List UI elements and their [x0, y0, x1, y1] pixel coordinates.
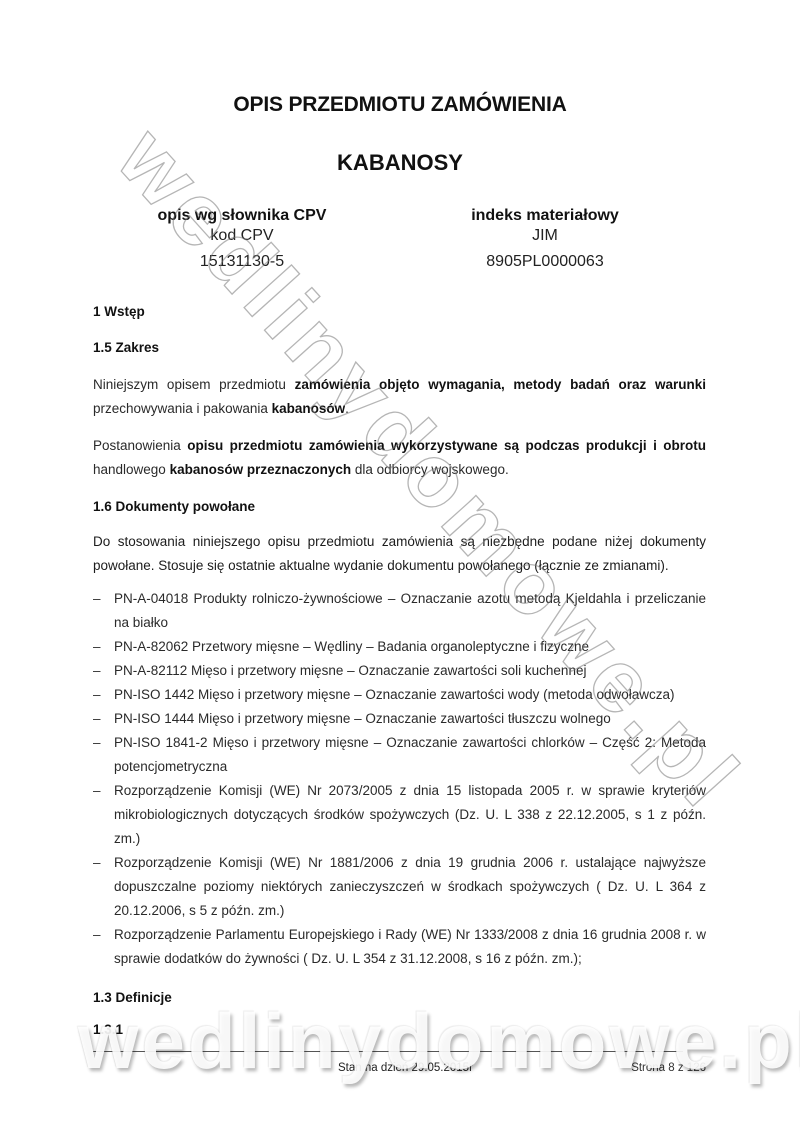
list-item-text: Rozporządzenie Parlamentu Europejskiego … — [114, 927, 706, 966]
list-item-text: PN-ISO 1841-2 Mięso i przetwory mięsne –… — [114, 735, 706, 774]
text-run-bold: kabanosów — [272, 401, 346, 416]
footer-status-date: Stan na dzień 29.05.2015r — [338, 1062, 473, 1074]
document-title: OPIS PRZEDMIOTU ZAMÓWIENIA — [0, 93, 800, 117]
section-heading-1-3: 1.3 Definicje — [93, 986, 706, 1010]
material-index-block: indeks materiałowy JIM 8905PL0000063 — [395, 206, 695, 272]
footer-divider — [93, 1051, 683, 1052]
dash-bullet: – — [93, 587, 101, 611]
text-run-bold: zamówienia objęto wymagania, metody bada… — [295, 377, 706, 392]
text-run: Niniejszym opisem przedmiotu — [93, 377, 295, 392]
referenced-documents-list: –PN-A-04018 Produkty rolniczo-żywnościow… — [93, 587, 706, 971]
list-item: –Rozporządzenie Parlamentu Europejskiego… — [93, 923, 706, 971]
material-index-sublabel: JIM — [395, 226, 695, 246]
section-heading-1-6: 1.6 Dokumenty powołane — [93, 495, 706, 519]
cpv-label: opis wg słownika CPV — [92, 206, 392, 226]
document-body: 1 Wstęp 1.5 Zakres Niniejszym opisem prz… — [93, 300, 706, 1042]
section-heading-1: 1 Wstęp — [93, 300, 706, 324]
list-item-text: Rozporządzenie Komisji (WE) Nr 1881/2006… — [114, 855, 706, 918]
referenced-docs-intro: Do stosowania niniejszego opisu przedmio… — [93, 530, 706, 578]
material-index-label: indeks materiałowy — [395, 206, 695, 226]
product-name: KABANOSY — [0, 150, 800, 176]
list-item-text: PN-ISO 1442 Mięso i przetwory mięsne – O… — [114, 687, 674, 702]
text-run: . — [345, 401, 349, 416]
dash-bullet: – — [93, 659, 101, 683]
material-index-code: 8905PL0000063 — [395, 252, 695, 272]
dash-bullet: – — [93, 731, 101, 755]
list-item: –PN-A-82112 Mięso i przetwory mięsne – O… — [93, 659, 706, 683]
dash-bullet: – — [93, 923, 101, 947]
list-item-text: Rozporządzenie Komisji (WE) Nr 2073/2005… — [114, 783, 706, 846]
dash-bullet: – — [93, 635, 101, 659]
document-page: OPIS PRZEDMIOTU ZAMÓWIENIA KABANOSY opis… — [0, 0, 800, 1132]
text-run-bold: opisu przedmiotu zamówienia wykorzystywa… — [187, 438, 706, 453]
provisions-paragraph: Postanowienia opisu przedmiotu zamówieni… — [93, 434, 706, 482]
cpv-sublabel: kod CPV — [92, 226, 392, 246]
cpv-code: 15131130-5 — [92, 252, 392, 272]
text-run-bold: kabanosów przeznaczonych — [170, 462, 352, 477]
text-run: Postanowienia — [93, 438, 187, 453]
list-item: –PN-A-04018 Produkty rolniczo-żywnościow… — [93, 587, 706, 635]
cpv-block: opis wg słownika CPV kod CPV 15131130-5 — [92, 206, 392, 272]
scope-paragraph: Niniejszym opisem przedmiotu zamówienia … — [93, 373, 706, 421]
dash-bullet: – — [93, 851, 101, 875]
list-item: –PN-ISO 1444 Mięso i przetwory mięsne – … — [93, 707, 706, 731]
list-item-text: PN-A-04018 Produkty rolniczo-żywnościowe… — [114, 591, 706, 630]
list-item: –PN-ISO 1442 Mięso i przetwory mięsne – … — [93, 683, 706, 707]
list-item: –Rozporządzenie Komisji (WE) Nr 2073/200… — [93, 779, 706, 851]
footer-page-number: Strona 8 z 126 — [631, 1062, 706, 1074]
list-item-text: PN-ISO 1444 Mięso i przetwory mięsne – O… — [114, 711, 611, 726]
dash-bullet: – — [93, 707, 101, 731]
list-item: –PN-ISO 1841-2 Mięso i przetwory mięsne … — [93, 731, 706, 779]
dash-bullet: – — [93, 683, 101, 707]
text-run: dla odbiorcy wojskowego. — [351, 462, 509, 477]
text-run: handlowego — [93, 462, 170, 477]
list-item: –PN-A-82062 Przetwory mięsne – Wędliny –… — [93, 635, 706, 659]
text-run: przechowywania i pakowania — [93, 401, 272, 416]
section-heading-1-3-1: 1.3.1 — [93, 1018, 706, 1042]
dash-bullet: – — [93, 779, 101, 803]
section-heading-1-5: 1.5 Zakres — [93, 336, 706, 360]
list-item: –Rozporządzenie Komisji (WE) Nr 1881/200… — [93, 851, 706, 923]
list-item-text: PN-A-82062 Przetwory mięsne – Wędliny – … — [114, 639, 589, 654]
list-item-text: PN-A-82112 Mięso i przetwory mięsne – Oz… — [114, 663, 586, 678]
